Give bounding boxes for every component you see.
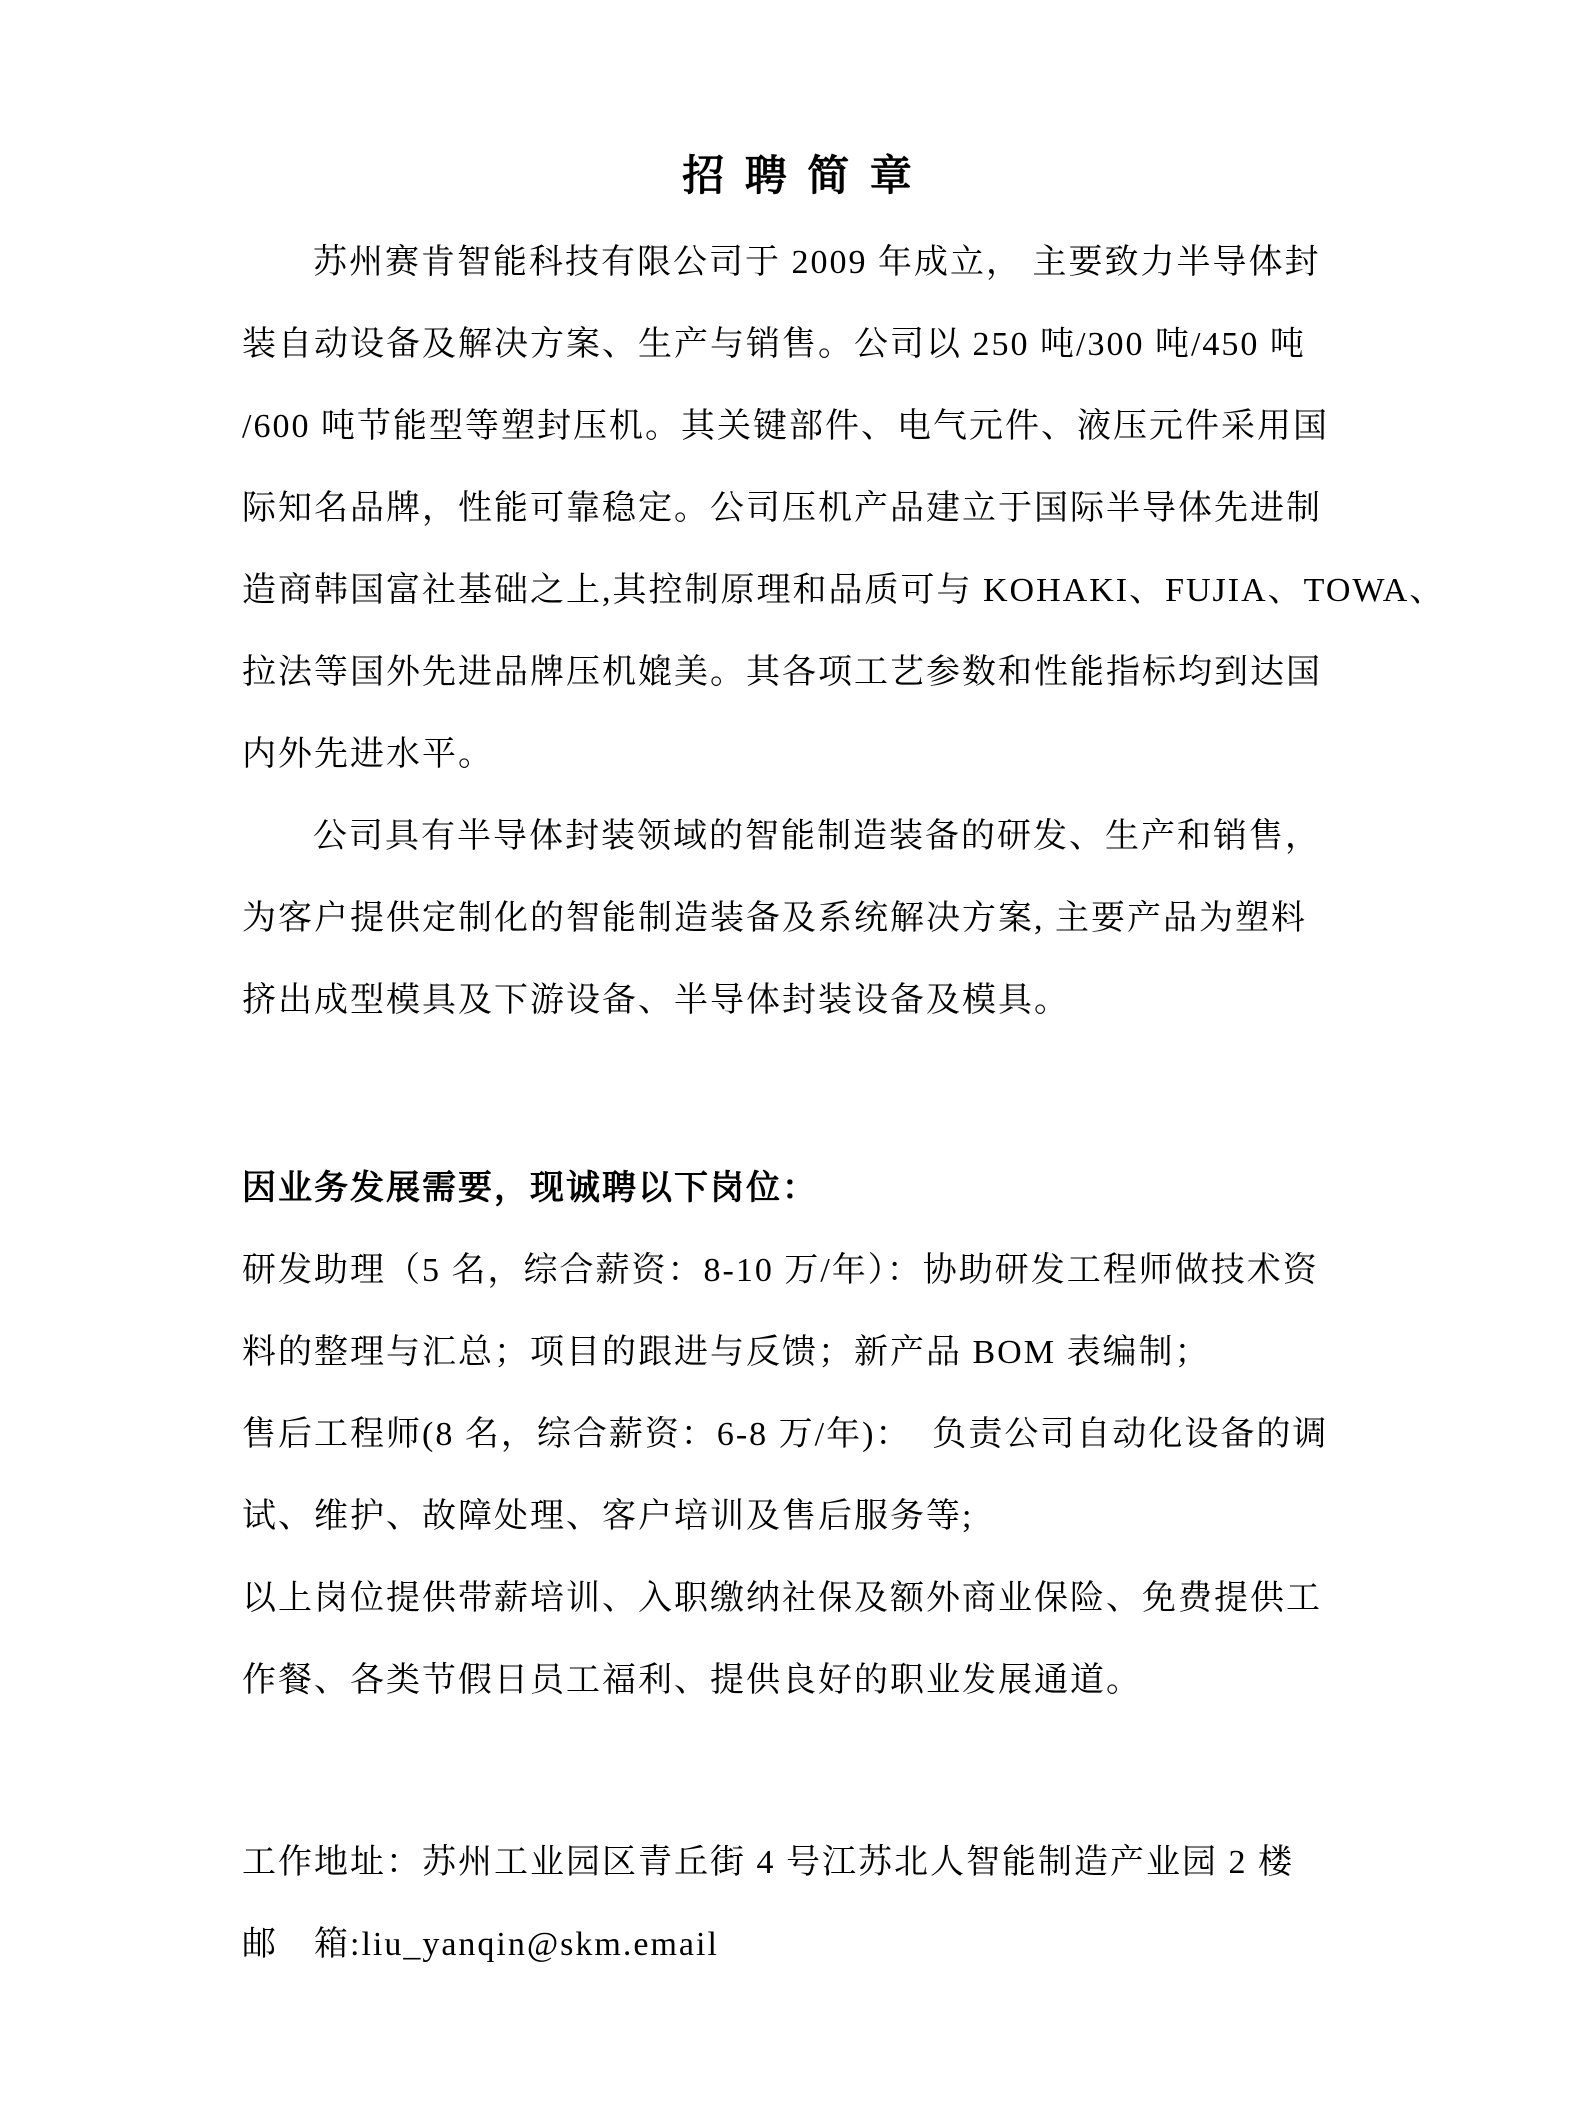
contact-gap [242, 1722, 1352, 1822]
intro-paragraph-1: 苏州赛肯智能科技有限公司于 2009 年成立， 主要致力半导体封 装自动设备及解… [242, 222, 1352, 796]
work-address: 工作地址：苏州工业园区青丘街 4 号江苏北人智能制造产业园 2 楼 [242, 1822, 1352, 1904]
hiring-header: 因业务发展需要，现诚聘以下岗位： [242, 1148, 1352, 1230]
page-title: 招 聘 简 章 [242, 136, 1352, 218]
job1-line: 料的整理与汇总；项目的跟进与反馈；新产品 BOM 表编制； [242, 1312, 1352, 1394]
job2-line: 售后工程师(8 名，综合薪资：6-8 万/年)： 负责公司自动化设备的调 [242, 1394, 1352, 1476]
job1-line: 研发助理（5 名，综合薪资：8-10 万/年）：协助研发工程师做技术资 [242, 1230, 1352, 1312]
intro2-line: 为客户提供定制化的智能制造装备及系统解决方案, 主要产品为塑料 [242, 878, 1352, 960]
benefits-line: 以上岗位提供带薪培训、入职缴纳社保及额外商业保险、免费提供工 [242, 1558, 1352, 1640]
job-rd-assistant: 研发助理（5 名，综合薪资：8-10 万/年）：协助研发工程师做技术资 料的整理… [242, 1230, 1352, 1394]
job2-line: 试、维护、故障处理、客户培训及售后服务等; [242, 1476, 1352, 1558]
intro1-line: 造商韩国富社基础之上,其控制原理和品质可与 KOHAKI、FUJIA、TOWA、 [242, 550, 1352, 632]
intro1-line: 内外先进水平。 [242, 714, 1352, 796]
intro1-line: 苏州赛肯智能科技有限公司于 2009 年成立， 主要致力半导体封 [242, 222, 1352, 304]
intro-paragraph-2: 公司具有半导体封装领域的智能制造装备的研发、生产和销售， 为客户提供定制化的智能… [242, 796, 1352, 1042]
contact-email: 邮 箱:liu_yanqin@skm.email [242, 1904, 1352, 1986]
intro2-line: 挤出成型模具及下游设备、半导体封装设备及模具。 [242, 960, 1352, 1042]
document-content: 招 聘 简 章 苏州赛肯智能科技有限公司于 2009 年成立， 主要致力半导体封… [0, 0, 1587, 1986]
job-aftersales-engineer: 售后工程师(8 名，综合薪资：6-8 万/年)： 负责公司自动化设备的调 试、维… [242, 1394, 1352, 1558]
intro1-line: /600 吨节能型等塑封压机。其关键部件、电气元件、液压元件采用国 [242, 386, 1352, 468]
section-gap [242, 1042, 1352, 1148]
intro2-line: 公司具有半导体封装领域的智能制造装备的研发、生产和销售， [242, 796, 1352, 878]
intro1-line: 拉法等国外先进品牌压机媲美。其各项工艺参数和性能指标均到达国 [242, 632, 1352, 714]
benefits: 以上岗位提供带薪培训、入职缴纳社保及额外商业保险、免费提供工 作餐、各类节假日员… [242, 1558, 1352, 1722]
document-page: 招 聘 简 章 苏州赛肯智能科技有限公司于 2009 年成立， 主要致力半导体封… [0, 0, 1587, 2104]
intro1-line: 际知名品牌，性能可靠稳定。公司压机产品建立于国际半导体先进制 [242, 468, 1352, 550]
benefits-line: 作餐、各类节假日员工福利、提供良好的职业发展通道。 [242, 1640, 1352, 1722]
intro1-line: 装自动设备及解决方案、生产与销售。公司以 250 吨/300 吨/450 吨 [242, 304, 1352, 386]
